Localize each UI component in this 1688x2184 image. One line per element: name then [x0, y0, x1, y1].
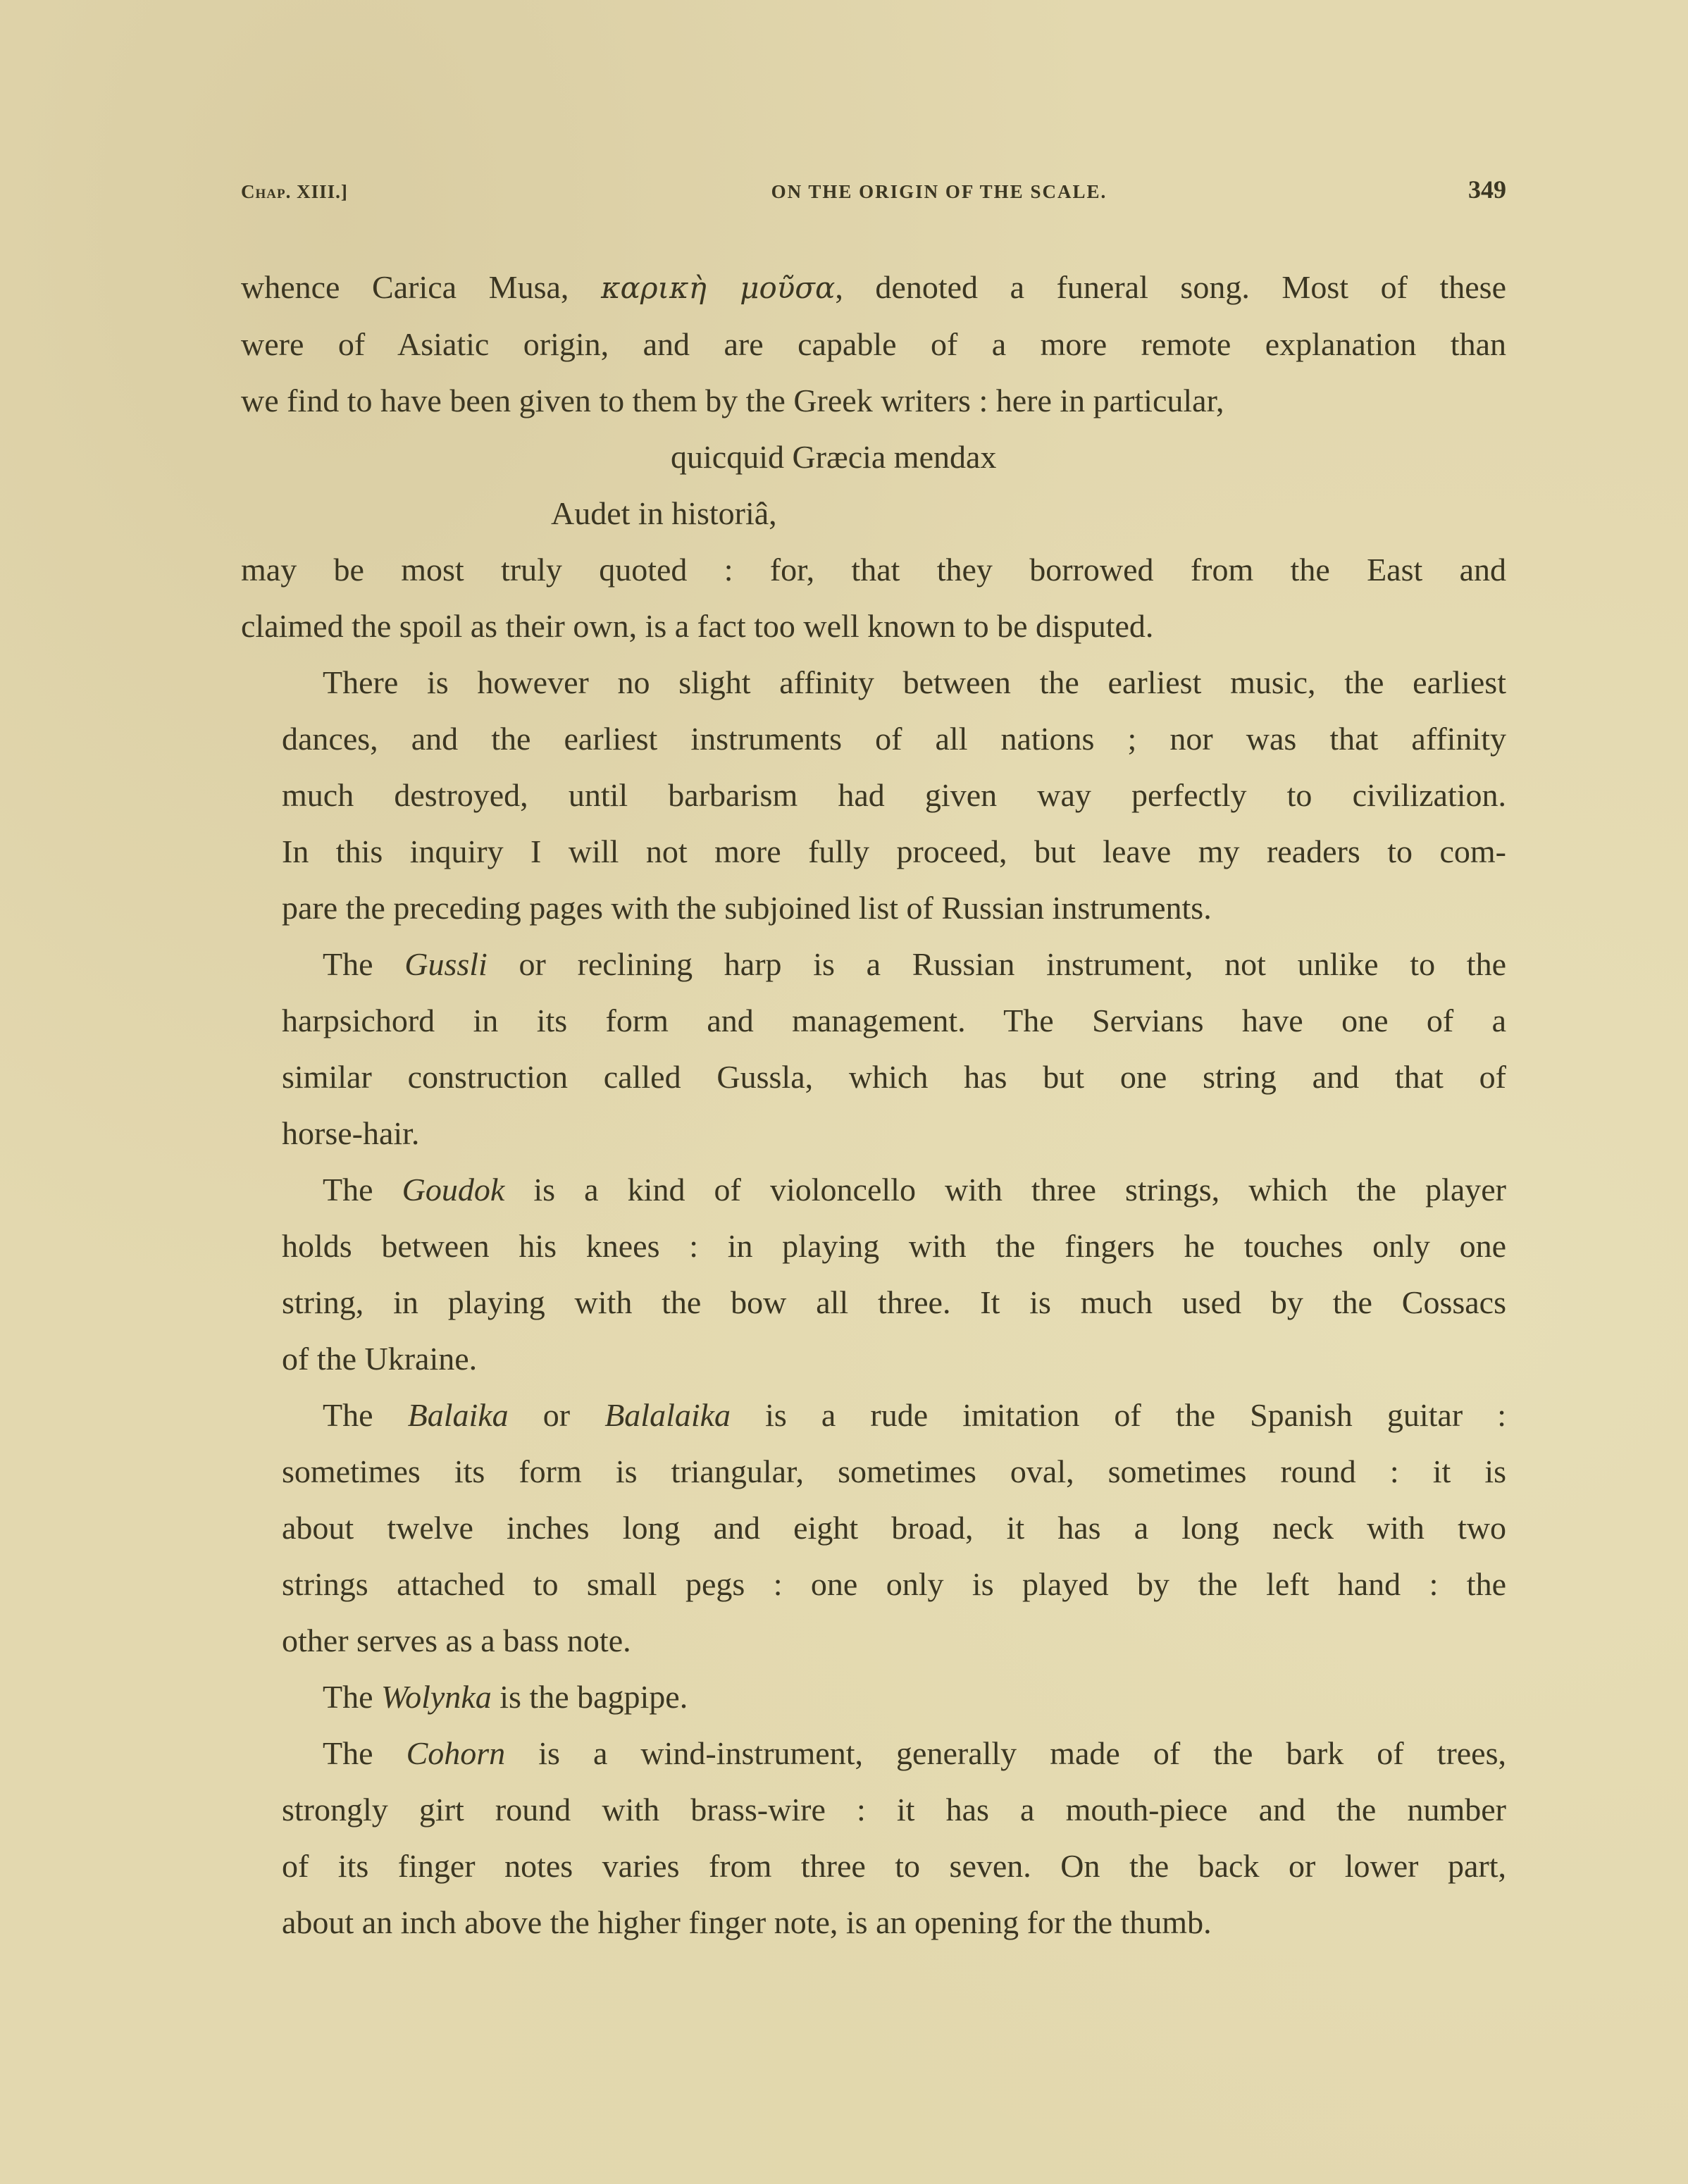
text-run: strings attached to small pegs : one onl… [282, 1566, 1506, 1602]
text-run: dances, and the earliest instruments of … [282, 721, 1506, 757]
paragraph-p8: The Cohorn is a wind-instrument, general… [241, 1725, 1506, 1951]
text-run: The [323, 1735, 407, 1771]
text-line: of the Ukraine. [241, 1331, 1506, 1387]
text-run: of its finger notes varies from three to… [282, 1848, 1506, 1884]
text-line: strings attached to small pegs : one onl… [241, 1556, 1506, 1613]
verse-line: Audet in historiâ, [241, 485, 1506, 542]
running-title: ON THE ORIGIN OF THE SCALE. [771, 181, 1107, 203]
paragraph-p7: The Wolynka is the bagpipe. [241, 1669, 1506, 1725]
text-run: or [509, 1397, 605, 1433]
text-run: , denoted a funeral song. Most of these [835, 269, 1506, 305]
text-line: harpsichord in its form and management. … [241, 993, 1506, 1049]
text-run: sometimes its form is triangular, someti… [282, 1453, 1506, 1489]
text-line: pare the preceding pages with the subjoi… [241, 880, 1506, 936]
text-run: strongly girt round with brass-wire : it… [282, 1792, 1506, 1828]
paragraph-p1: whence Carica Musa, καρικὴ μοῦσα, denote… [241, 259, 1506, 429]
text-line: string, in playing with the bow all thre… [241, 1274, 1506, 1331]
text-run: The [323, 946, 404, 982]
text-run: In this inquiry I will not more fully pr… [282, 833, 1506, 869]
text-line: holds between his knees : in playing wit… [241, 1218, 1506, 1274]
instrument-name: Gussli [404, 946, 488, 982]
page-number: 349 [1468, 175, 1506, 204]
paragraph-p3: There is however no slight affinity betw… [241, 654, 1506, 936]
instrument-name: Wolynka [381, 1679, 492, 1715]
text-line: about twelve inches long and eight broad… [241, 1500, 1506, 1556]
text-run: whence Carica Musa, [241, 269, 601, 305]
text-line: The Balaika or Balalaika is a rude imita… [241, 1387, 1506, 1444]
text-line: whence Carica Musa, καρικὴ μοῦσα, denote… [241, 259, 1506, 316]
text-run: There is however no slight affinity betw… [323, 664, 1506, 700]
text-run: claimed the spoil as their own, is a fac… [241, 608, 1153, 644]
text-run: holds between his knees : in playing wit… [282, 1228, 1506, 1264]
text-line: about an inch above the higher finger no… [241, 1894, 1506, 1951]
text-line: horse-hair. [241, 1105, 1506, 1162]
text-run: The [323, 1172, 402, 1208]
instrument-name: Cohorn [407, 1735, 506, 1771]
text-line: claimed the spoil as their own, is a fac… [241, 598, 1506, 654]
text-line: sometimes its form is triangular, someti… [241, 1444, 1506, 1500]
paragraph-p6: The Balaika or Balalaika is a rude imita… [241, 1387, 1506, 1669]
text-line: The Cohorn is a wind-instrument, general… [241, 1725, 1506, 1782]
verse-line: quicquid Græcia mendax [241, 429, 1506, 485]
text-run: is a rude imitation of the Spanish guita… [731, 1397, 1506, 1433]
text-run: The [323, 1679, 381, 1715]
text-run: pare the preceding pages with the subjoi… [282, 890, 1212, 926]
text-run: string, in playing with the bow all thre… [282, 1284, 1506, 1320]
text-line: dances, and the earliest instruments of … [241, 711, 1506, 767]
text-run: other serves as a bass note. [282, 1623, 631, 1658]
paragraph-p2: may be most truly quoted : for, that the… [241, 542, 1506, 654]
text-run: harpsichord in its form and management. … [282, 1003, 1506, 1038]
text-line: we find to have been given to them by th… [241, 373, 1506, 429]
text-run: much destroyed, until barbarism had give… [282, 777, 1506, 813]
text-line: The Goudok is a kind of violoncello with… [241, 1162, 1506, 1218]
text-line: similar construction called Gussla, whic… [241, 1049, 1506, 1105]
text-run: is a kind of violoncello with three stri… [504, 1172, 1506, 1208]
text-run: or reclining harp is a Russian instrumen… [488, 946, 1506, 982]
text-run: about an inch above the higher finger no… [282, 1904, 1212, 1940]
instrument-name: Balaika [408, 1397, 509, 1433]
text-run: similar construction called Gussla, whic… [282, 1059, 1506, 1095]
text-run: of the Ukraine. [282, 1341, 477, 1377]
text-line: The Gussli or reclining harp is a Russia… [241, 936, 1506, 993]
text-line: of its finger notes varies from three to… [241, 1838, 1506, 1894]
text-line: other serves as a bass note. [241, 1613, 1506, 1669]
text-line: strongly girt round with brass-wire : it… [241, 1782, 1506, 1838]
text-run: may be most truly quoted : for, that the… [241, 552, 1506, 588]
text-run: we find to have been given to them by th… [241, 383, 1224, 418]
greek-phrase: καρικὴ μοῦσα [601, 271, 835, 305]
instrument-name: Balalaika [604, 1397, 731, 1433]
text-line: may be most truly quoted : for, that the… [241, 542, 1506, 598]
text-line: The Wolynka is the bagpipe. [241, 1669, 1506, 1725]
text-run: is the bagpipe. [492, 1679, 688, 1715]
instrument-name: Goudok [402, 1172, 505, 1208]
text-line: In this inquiry I will not more fully pr… [241, 824, 1506, 880]
book-page: Chap. XIII.] ON THE ORIGIN OF THE SCALE.… [241, 175, 1506, 1951]
text-line: much destroyed, until barbarism had give… [241, 767, 1506, 824]
text-line: There is however no slight affinity betw… [241, 654, 1506, 711]
page-body: whence Carica Musa, καρικὴ μοῦσα, denote… [241, 259, 1506, 1951]
paragraph-p5: The Goudok is a kind of violoncello with… [241, 1162, 1506, 1387]
text-run: is a wind-instrument, generally made of … [505, 1735, 1506, 1771]
paragraph-p4: The Gussli or reclining harp is a Russia… [241, 936, 1506, 1162]
text-run: The [323, 1397, 408, 1433]
chapter-label: Chap. XIII.] [241, 181, 348, 203]
running-head: Chap. XIII.] ON THE ORIGIN OF THE SCALE.… [241, 175, 1506, 206]
text-line: were of Asiatic origin, and are capable … [241, 316, 1506, 373]
text-run: were of Asiatic origin, and are capable … [241, 326, 1506, 362]
text-run: about twelve inches long and eight broad… [282, 1510, 1506, 1546]
text-run: horse-hair. [282, 1115, 419, 1151]
